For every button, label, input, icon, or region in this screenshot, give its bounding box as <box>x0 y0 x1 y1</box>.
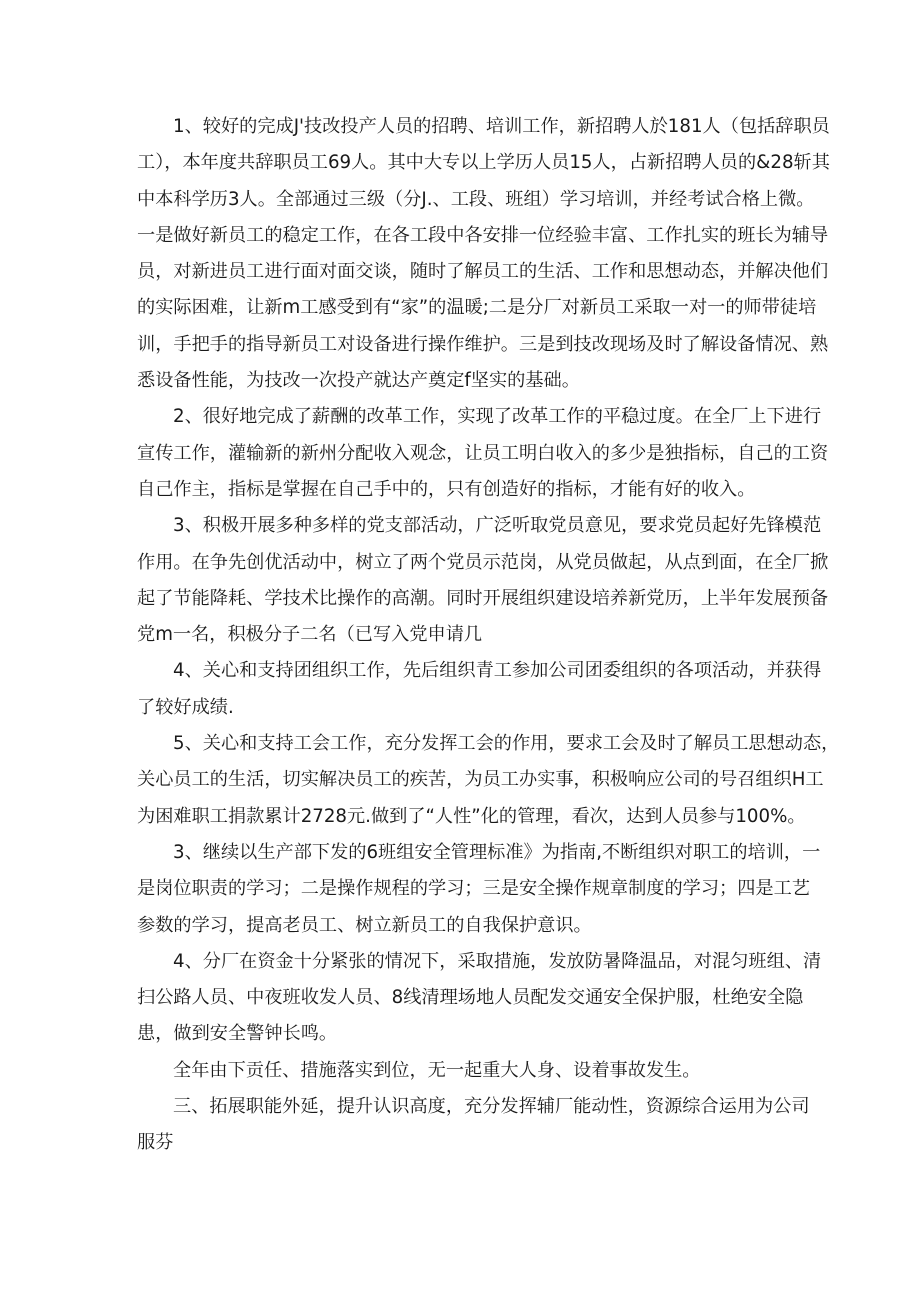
text-line: 3、继续以生产部下发的6班组安全管理标准》为指南,不断组织对职工的培训，一 <box>137 835 782 871</box>
text-line: 训，手把手的指导新员工对设备进行操作维护。三是到技改现场及时了解设备情况、熟 <box>137 327 782 363</box>
text-line: 起了节能降耗、学技术比操作的高潮。同时开展组织建设培养新党历，上半年发展预备 <box>137 581 782 617</box>
text-line: 一是做好新员工的稳定工作，在各工段中各安排一位经验丰富、工作扎实的班长为辅导 <box>137 218 782 254</box>
text-line: 关心员工的生活，切实解决员工的疾苦，为员工办实事，积极响应公司的号召组织H工 <box>137 762 782 798</box>
text-line: 员，对新进员工进行面对面交谈，随时了解员工的生活、工作和思想动态，并解决他们 <box>137 254 782 290</box>
text-line: 全年由下贡任、措施落实到位，无一起重大人身、设着事故发生。 <box>137 1053 782 1089</box>
text-line: 是岗位职责的学习；二是操作规程的学习；三是安全操作规章制度的学习；四是工艺 <box>137 871 782 907</box>
text-line: 为困难职工捐款累计2728元.做到了“人性”化的管理，看次，达到人员参与100%… <box>137 799 782 835</box>
text-line: 患，做到安全警钟长鸣。 <box>137 1016 782 1052</box>
text-line: 的实际困难，让新m工感受到有“家”的温暖;二是分厂对新员工采取一对一的师带徒培 <box>137 290 782 326</box>
text-line: 4、分厂在资金十分紧张的情况下，采取措施，发放防暑降温品，对混匀班组、清 <box>137 944 782 980</box>
text-line: 了较好成绩. <box>137 690 782 726</box>
text-line: 悉设备性能，为技改一次投产就达产奠定f坚实的基础。 <box>137 363 782 399</box>
text-line: 三、拓展职能外延，提升认识高度，充分发挥辅厂能动性，资源综合运用为公司 <box>137 1089 782 1125</box>
text-line: 服芬 <box>137 1125 782 1161</box>
text-line: 工），本年度共辞职员工69人。其中大专以上学历人员15人，占新招聘人员的&28斩… <box>137 145 782 181</box>
text-line: 4、关心和支持团组织工作，先后组织青工参加公司团委组织的各项活动，并获得 <box>137 653 782 689</box>
text-line: 1、较好的完成J'技改投产人员的招聘、培训工作，新招聘人於181人（包括辞职员 <box>137 109 782 145</box>
text-line: 自己作主，指标是掌握在自己手中的，只有创造好的指标，才能有好的收入。 <box>137 472 782 508</box>
text-line: 宣传工作，灌输新的新州分配收入观念，让员工明白收入的多少是独指标，自己的工资 <box>137 436 782 472</box>
body-text: 1、较好的完成J'技改投产人员的招聘、培训工作，新招聘人於181人（包括辞职员 … <box>137 109 782 1162</box>
document-page: 1、较好的完成J'技改投产人员的招聘、培训工作，新招聘人於181人（包括辞职员 … <box>0 0 920 1301</box>
text-line: 扫公路人员、中夜班收发人员、8线清理场地人员配发交通安全保护服，杜绝安全隐 <box>137 980 782 1016</box>
text-line: 党m一名，积极分子二名（已写入党申请几 <box>137 617 782 653</box>
text-line: 中本科学历3人。全部通过三级（分J.、工段、班组）学习培训，并经考试合格上微。 <box>137 182 782 218</box>
text-line: 参数的学习，提高老员工、树立新员工的自我保护意识。 <box>137 908 782 944</box>
text-line: 作用。在争先创优活动中，树立了两个党员示范岗，从党员做起，从点到面，在全厂掀 <box>137 545 782 581</box>
text-line: 2、很好地完成了薪酬的改革工作，实现了改革工作的平稳过度。在全厂上下进行 <box>137 399 782 435</box>
text-line: 5、关心和支持工会工作，充分发挥工会的作用，要求工会及时了解员工思想动态， <box>137 726 782 762</box>
text-line: 3、积极开展多种多样的党支部活动，广泛听取党员意见，要求党员起好先锋模范 <box>137 508 782 544</box>
